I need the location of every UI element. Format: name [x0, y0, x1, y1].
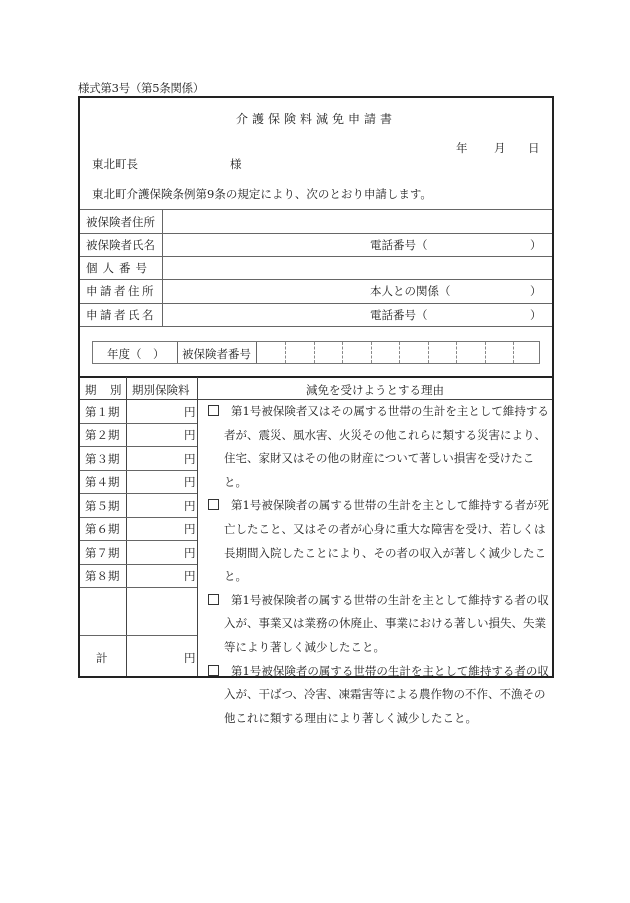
yen-unit: 円 [184, 451, 196, 467]
period-label: 第８期 [85, 568, 120, 584]
insured-address-label: 被保険者住所 [86, 214, 155, 230]
insured-name-label: 被保険者氏名 [86, 237, 155, 253]
period-premium-input[interactable] [128, 565, 184, 587]
addressee-honorific: 様 [230, 156, 242, 172]
digit-divider [428, 342, 429, 363]
intro-text: 東北町介護保険条例第9条の規定により、次のとおり申請します。 [92, 186, 432, 202]
paren-close: ） [530, 307, 542, 323]
reason-item: 第1号被保険者又はその属する世帯の生計を主として維持する 者が、震災、風水害、火… [204, 400, 550, 494]
individual-number-field[interactable] [164, 257, 550, 279]
digit-divider [399, 342, 400, 363]
period-premium-input[interactable] [128, 447, 184, 469]
relationship-label: 本人との関係（ [370, 283, 451, 299]
applicant-name-label: 申請者氏名 [86, 307, 156, 323]
yen-unit: 円 [184, 404, 196, 420]
reason-text-continued: 亡したこと、又はその者が心身に重大な障害を受け、若しくは長期間入院したことにより… [204, 518, 550, 589]
application-form: 介護保険料減免申請書 年 月 日 東北町長 様 東北町介護保険条例第9条の規定に… [78, 96, 554, 678]
yen-unit: 円 [184, 545, 196, 561]
divider [177, 342, 178, 363]
reason-item: 第1号被保険者の属する世帯の生計を主として維持する者の収 入が、事業又は業務の休… [204, 589, 550, 660]
reason-text: 第1号被保険者又はその属する世帯の生計を主として維持する [231, 404, 549, 418]
yen-unit: 円 [184, 474, 196, 490]
yen-unit: 円 [184, 498, 196, 514]
digit-divider [371, 342, 372, 363]
reason-checkbox[interactable] [208, 594, 219, 605]
period-label: 第２期 [85, 427, 120, 443]
reason-header: 減免を受けようとする理由 [198, 382, 552, 398]
yen-unit: 円 [184, 521, 196, 537]
period-premium-input[interactable] [128, 541, 184, 563]
divider [80, 376, 552, 378]
applicant-phone-label: 電話番号（ [370, 307, 428, 323]
reason-list: 第1号被保険者又はその属する世帯の生計を主として維持する 者が、震災、風水害、火… [204, 400, 550, 730]
relationship-field[interactable] [450, 280, 530, 303]
addressee-name: 東北町長 [92, 156, 138, 172]
period-label: 第７期 [85, 545, 120, 561]
insured-address-field[interactable] [164, 210, 550, 233]
divider [80, 326, 552, 327]
individual-number-label: 個人番号 [86, 260, 152, 276]
yen-unit: 円 [184, 568, 196, 584]
digit-divider [314, 342, 315, 363]
period-label: 第５期 [85, 498, 120, 514]
period-premium-input[interactable] [128, 518, 184, 540]
reason-text: 第1号被保険者の属する世帯の生計を主として維持する者が死 [231, 498, 549, 512]
insured-name-field[interactable] [164, 234, 364, 256]
reason-checkbox[interactable] [208, 405, 219, 416]
yen-unit: 円 [184, 650, 196, 666]
period-label: 第４期 [85, 474, 120, 490]
total-premium-input[interactable] [128, 636, 184, 674]
digit-divider [485, 342, 486, 363]
fiscal-year-label: 年度（ ） [107, 346, 165, 362]
form-code: 様式第3号（第5条関係） [78, 80, 204, 96]
divider [126, 377, 127, 676]
paren-close: ） [530, 237, 542, 253]
insured-number-field[interactable] [257, 342, 539, 363]
premium-header: 期別保険料 [132, 382, 190, 398]
reason-text: 第1号被保険者の属する世帯の生計を主として維持する者の収 [231, 593, 549, 607]
period-label: 第１期 [85, 404, 120, 420]
reason-text-continued: 者が、震災、風水害、火災その他これらに類する災害により、住宅、家財又はその他の財… [204, 424, 550, 495]
reason-text-continued: 入が、干ばつ、冷害、凍霜害等による農作物の不作、不漁その他これに類する理由により… [204, 683, 550, 730]
period-header: 期 別 [85, 382, 123, 398]
digit-divider [342, 342, 343, 363]
date-year-label: 年 [456, 140, 468, 156]
form-title: 介護保険料減免申請書 [80, 110, 552, 127]
divider [162, 209, 163, 326]
period-label: 第３期 [85, 451, 120, 467]
reason-checkbox[interactable] [208, 665, 219, 676]
period-premium-input[interactable] [128, 494, 184, 516]
applicant-address-field[interactable] [164, 280, 364, 303]
period-premium-input[interactable] [128, 424, 184, 446]
insured-number-box: 年度（ ） 被保険者番号 [92, 341, 540, 364]
date-day-label: 日 [528, 140, 540, 156]
applicant-name-field[interactable] [164, 304, 364, 326]
total-label: 計 [96, 650, 108, 666]
date-month-label: 月 [494, 140, 506, 156]
applicant-address-label: 申請者住所 [86, 283, 156, 299]
reason-item: 第1号被保険者の属する世帯の生計を主として維持する者の収 入が、干ばつ、冷害、凍… [204, 660, 550, 731]
period-label: 第６期 [85, 521, 120, 537]
period-premium-input[interactable] [128, 471, 184, 493]
applicant-phone-field[interactable] [440, 304, 530, 326]
reason-checkbox[interactable] [208, 499, 219, 510]
paren-close: ） [530, 283, 542, 299]
period-premium-input[interactable] [128, 400, 184, 422]
divider [197, 377, 198, 676]
digit-divider [285, 342, 286, 363]
insured-phone-field[interactable] [440, 234, 530, 256]
digit-divider [456, 342, 457, 363]
insured-phone-label: 電話番号（ [370, 237, 428, 253]
blank-premium-cell[interactable] [128, 588, 196, 634]
reason-item: 第1号被保険者の属する世帯の生計を主として維持する者が死 亡したこと、又はその者… [204, 494, 550, 588]
insured-number-label: 被保険者番号 [182, 346, 251, 362]
reason-text-continued: 入が、事業又は業務の休廃止、事業における著しい損失、失業等により著しく減少したこ… [204, 612, 550, 659]
digit-divider [513, 342, 514, 363]
reason-text: 第1号被保険者の属する世帯の生計を主として維持する者の収 [231, 664, 549, 678]
yen-unit: 円 [184, 427, 196, 443]
